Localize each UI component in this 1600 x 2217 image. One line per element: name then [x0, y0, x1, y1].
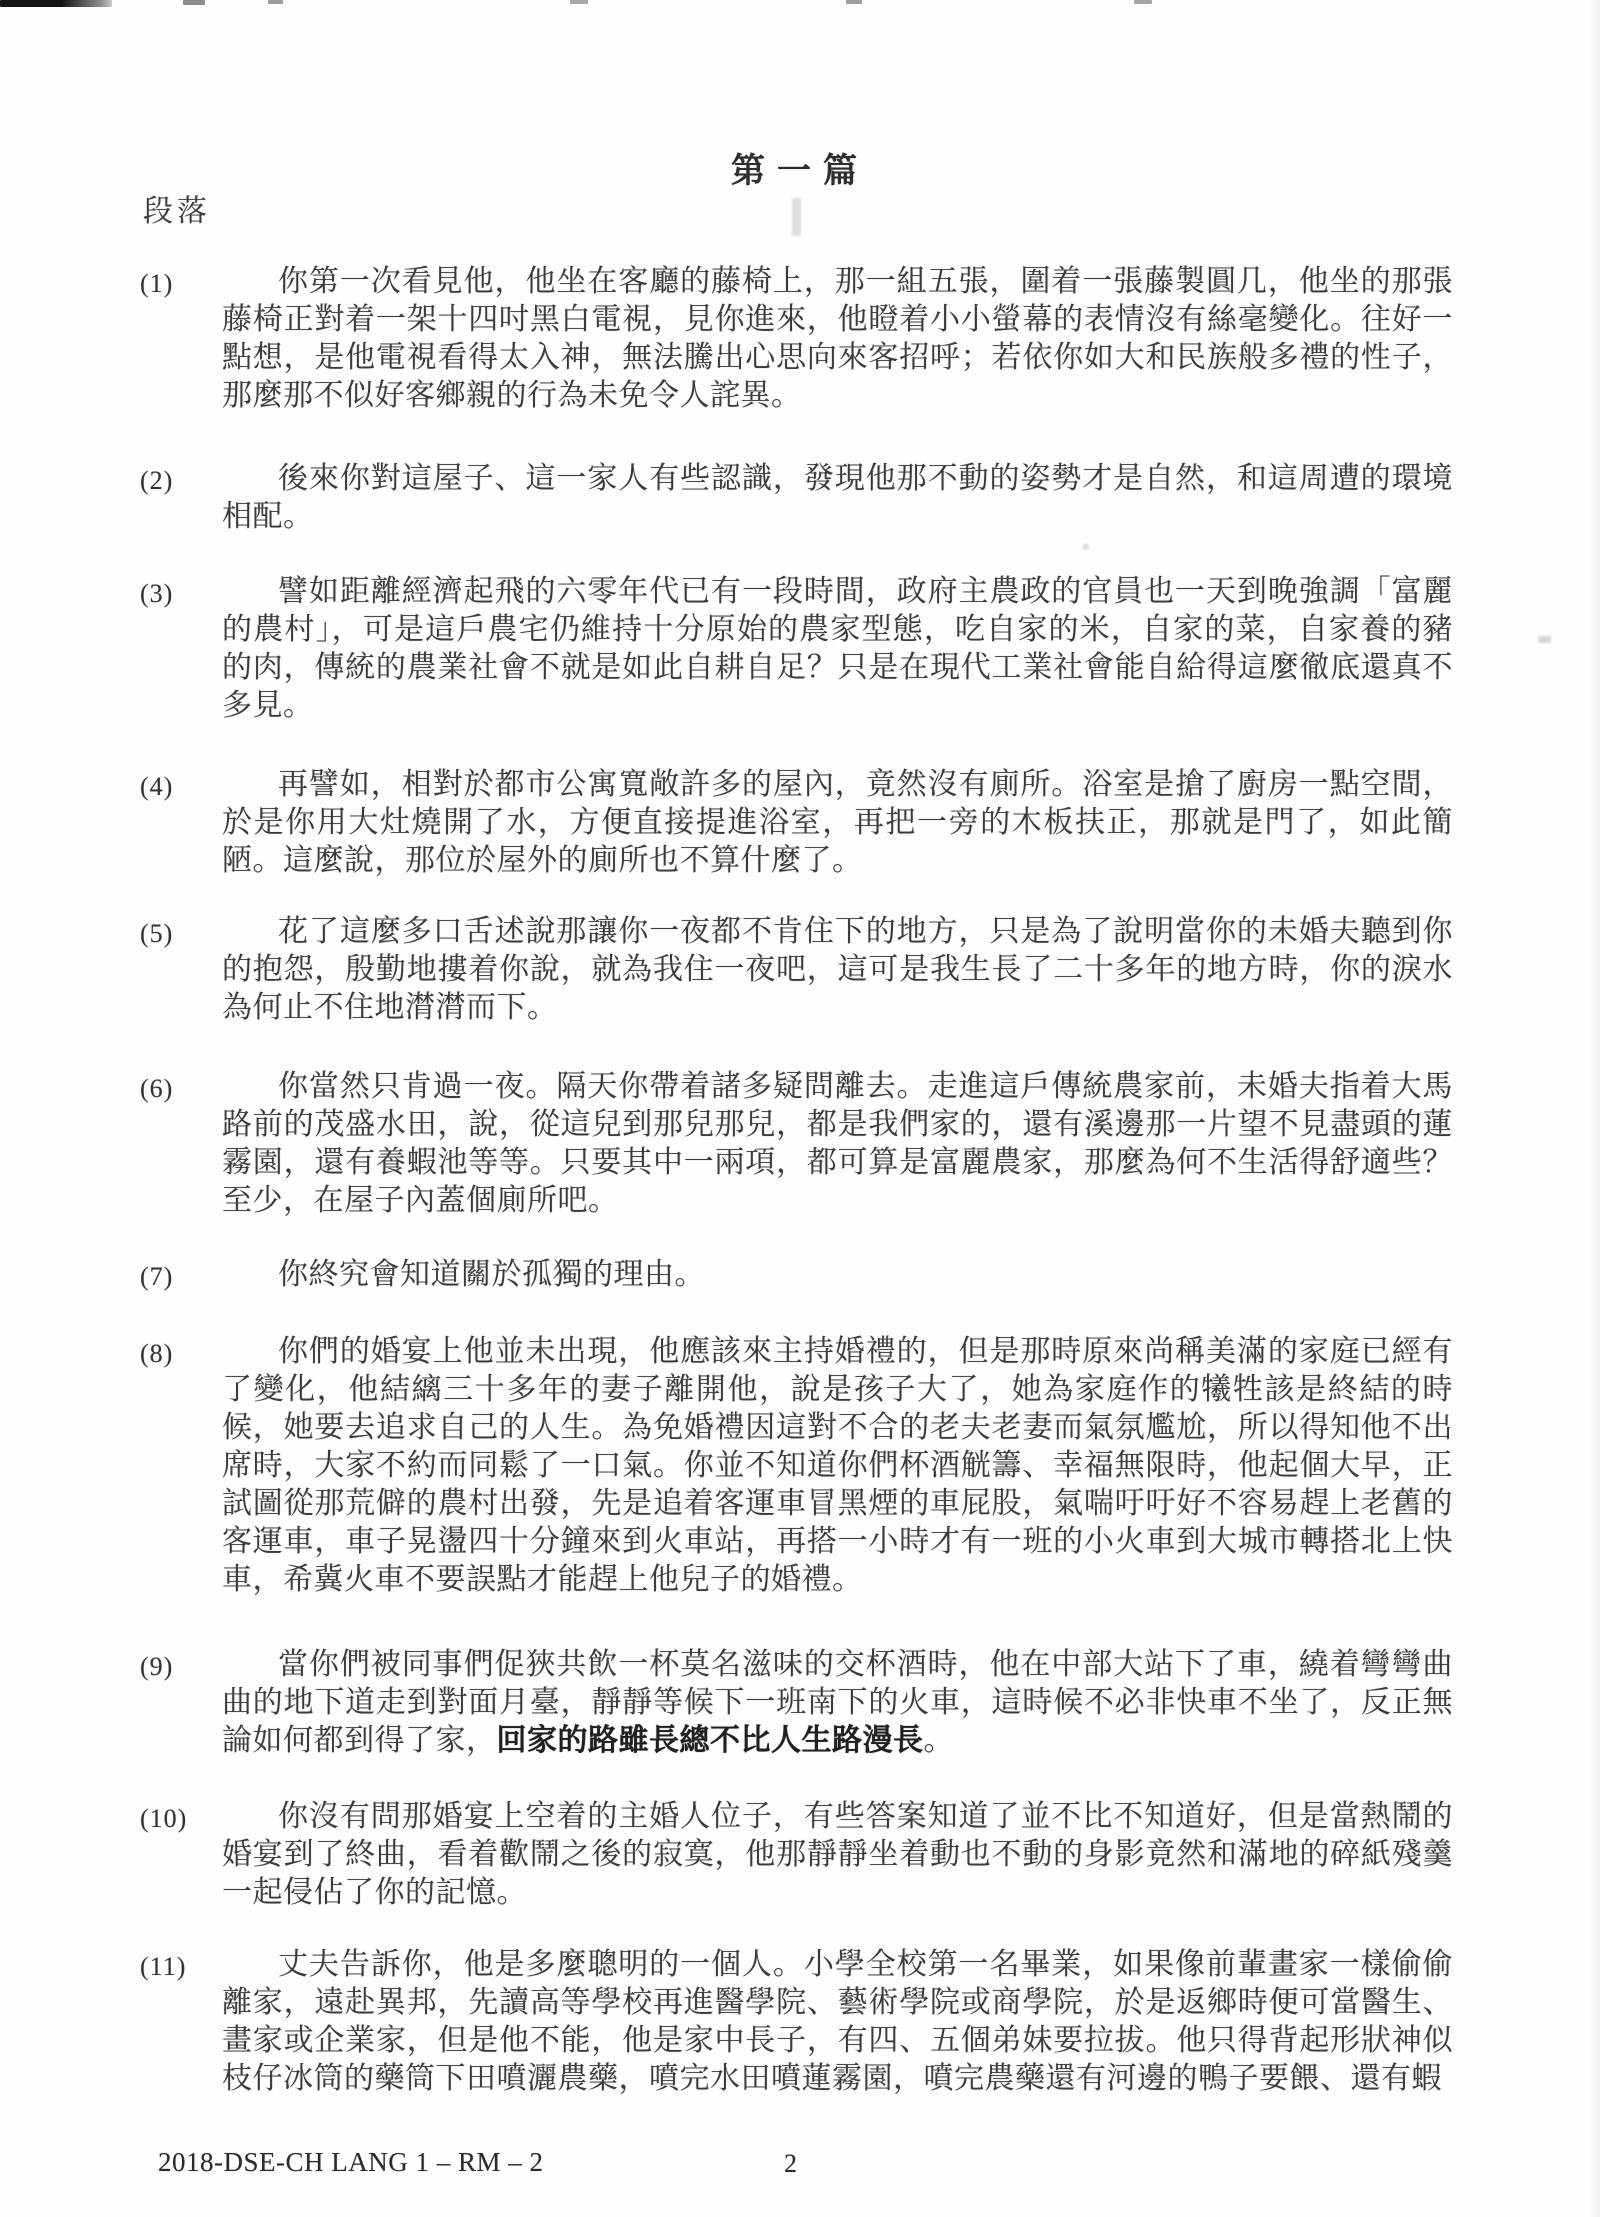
paragraph-text: 你第一次看見他，他坐在客廳的藤椅上，那一組五張，圍着一張藤製圓几，他坐的那張藤椅…: [222, 263, 1453, 415]
paragraph-number: (8): [140, 1335, 173, 1373]
paragraph-10: (10) 你沒有問那婚宴上空着的主婚人位子，有些答案知道了並不比不知道好，但是當…: [222, 1798, 1453, 1912]
paragraph-number: (3): [140, 575, 173, 613]
paragraph-8: (8) 你們的婚宴上他並未出現，他應該來主持婚禮的，但是那時原來尚稱美滿的家庭已…: [222, 1333, 1453, 1599]
footer-document-code: 2018-DSE-CH LANG 1 – RM – 2: [158, 2147, 544, 2178]
footer-page-number: 2: [784, 2149, 797, 2179]
paragraph-text: 後來你對這屋子、這一家人有些認識，發現他那不動的姿勢才是自然，和這周遭的環境相配…: [222, 460, 1453, 536]
paragraph-9: (9) 當你們被同事們促狹共飲一杯莫名滋味的交杯酒時，他在中部大站下了車，繞着彎…: [222, 1646, 1453, 1760]
paragraph-text: 譬如距離經濟起飛的六零年代已有一段時間，政府主農政的官員也一天到晚強調「富麗的農…: [222, 573, 1453, 725]
paragraph-number: (4): [140, 768, 173, 806]
paragraph-number: (11): [140, 1948, 186, 1986]
paragraph-text-after: 。: [924, 1724, 955, 1757]
paragraph-text: 你終究會知道關於孤獨的理由。: [222, 1256, 1453, 1294]
scan-artifact-dash: [846, 0, 862, 4]
scan-artifact-dash: [268, 0, 283, 4]
scan-artifact-smudge: [1083, 544, 1089, 550]
paragraph-number: (5): [140, 915, 173, 953]
scan-artifact-top-bar: [0, 0, 112, 7]
scan-artifact-dash: [1134, 0, 1152, 4]
paragraph-number: (9): [140, 1648, 173, 1686]
scan-artifact-smudge: [1538, 636, 1551, 643]
paragraph-text: 你當然只肯過一夜。隔天你帶着諸多疑問離去。走進這戶傳統農家前，未婚夫指着大馬路前…: [222, 1068, 1453, 1220]
paragraph-text: 你沒有問那婚宴上空着的主婚人位子，有些答案知道了並不比不知道好，但是當熱鬧的婚宴…: [222, 1798, 1453, 1912]
paragraph-number: (1): [140, 265, 173, 303]
paragraph-11: (11) 丈夫告訴你，他是多麼聰明的一個人。小學全校第一名畢業，如果像前輩畫家一…: [222, 1946, 1453, 2098]
section-label: 段落: [143, 186, 211, 230]
document-page: 第一篇 段落 (1) 你第一次看見他，他坐在客廳的藤椅上，那一組五張，圍着一張藤…: [0, 0, 1600, 2217]
paragraph-2: (2) 後來你對這屋子、這一家人有些認識，發現他那不動的姿勢才是自然，和這周遭的…: [222, 460, 1453, 536]
paragraph-number: (6): [140, 1070, 173, 1108]
paragraph-number: (7): [140, 1258, 173, 1296]
paragraph-text: 你們的婚宴上他並未出現，他應該來主持婚禮的，但是那時原來尚稱美滿的家庭已經有了變…: [222, 1333, 1453, 1599]
scan-edge-shadow: [1590, 0, 1600, 2217]
paragraph-number: (2): [140, 462, 173, 500]
paragraph-6: (6) 你當然只肯過一夜。隔天你帶着諸多疑問離去。走進這戶傳統農家前，未婚夫指着…: [222, 1068, 1453, 1220]
paragraph-text: 丈夫告訴你，他是多麼聰明的一個人。小學全校第一名畢業，如果像前輩畫家一樣偷偷離家…: [222, 1946, 1453, 2098]
scan-artifact-dash: [570, 0, 588, 4]
paragraph-7: (7) 你終究會知道關於孤獨的理由。: [222, 1256, 1453, 1294]
paragraph-text: 再譬如，相對於都市公寓寬敞許多的屋內，竟然沒有廁所。浴室是搶了廚房一點空間，於是…: [222, 766, 1453, 880]
paragraph-text: 當你們被同事們促狹共飲一杯莫名滋味的交杯酒時，他在中部大站下了車，繞着彎彎曲曲的…: [222, 1646, 1453, 1760]
paragraph-5: (5) 花了這麼多口舌述說那讓你一夜都不肯住下的地方，只是為了說明當你的未婚夫聽…: [222, 913, 1453, 1027]
paragraph-4: (4) 再譬如，相對於都市公寓寬敞許多的屋內，竟然沒有廁所。浴室是搶了廚房一點空…: [222, 766, 1453, 880]
passage-title: 第一篇: [0, 143, 1600, 192]
paragraph-1: (1) 你第一次看見他，他坐在客廳的藤椅上，那一組五張，圍着一張藤製圓几，他坐的…: [222, 263, 1453, 415]
paragraph-text: 花了這麼多口舌述說那讓你一夜都不肯住下的地方，只是為了說明當你的未婚夫聽到你的抱…: [222, 913, 1453, 1027]
paragraph-3: (3) 譬如距離經濟起飛的六零年代已有一段時間，政府主農政的官員也一天到晚強調「…: [222, 573, 1453, 725]
scan-artifact-dash: [183, 0, 205, 5]
scan-artifact-smudge: [792, 198, 801, 236]
paragraph-number: (10): [140, 1800, 187, 1838]
bold-phrase: 回家的路雖長總不比人生路漫長: [497, 1724, 924, 1757]
